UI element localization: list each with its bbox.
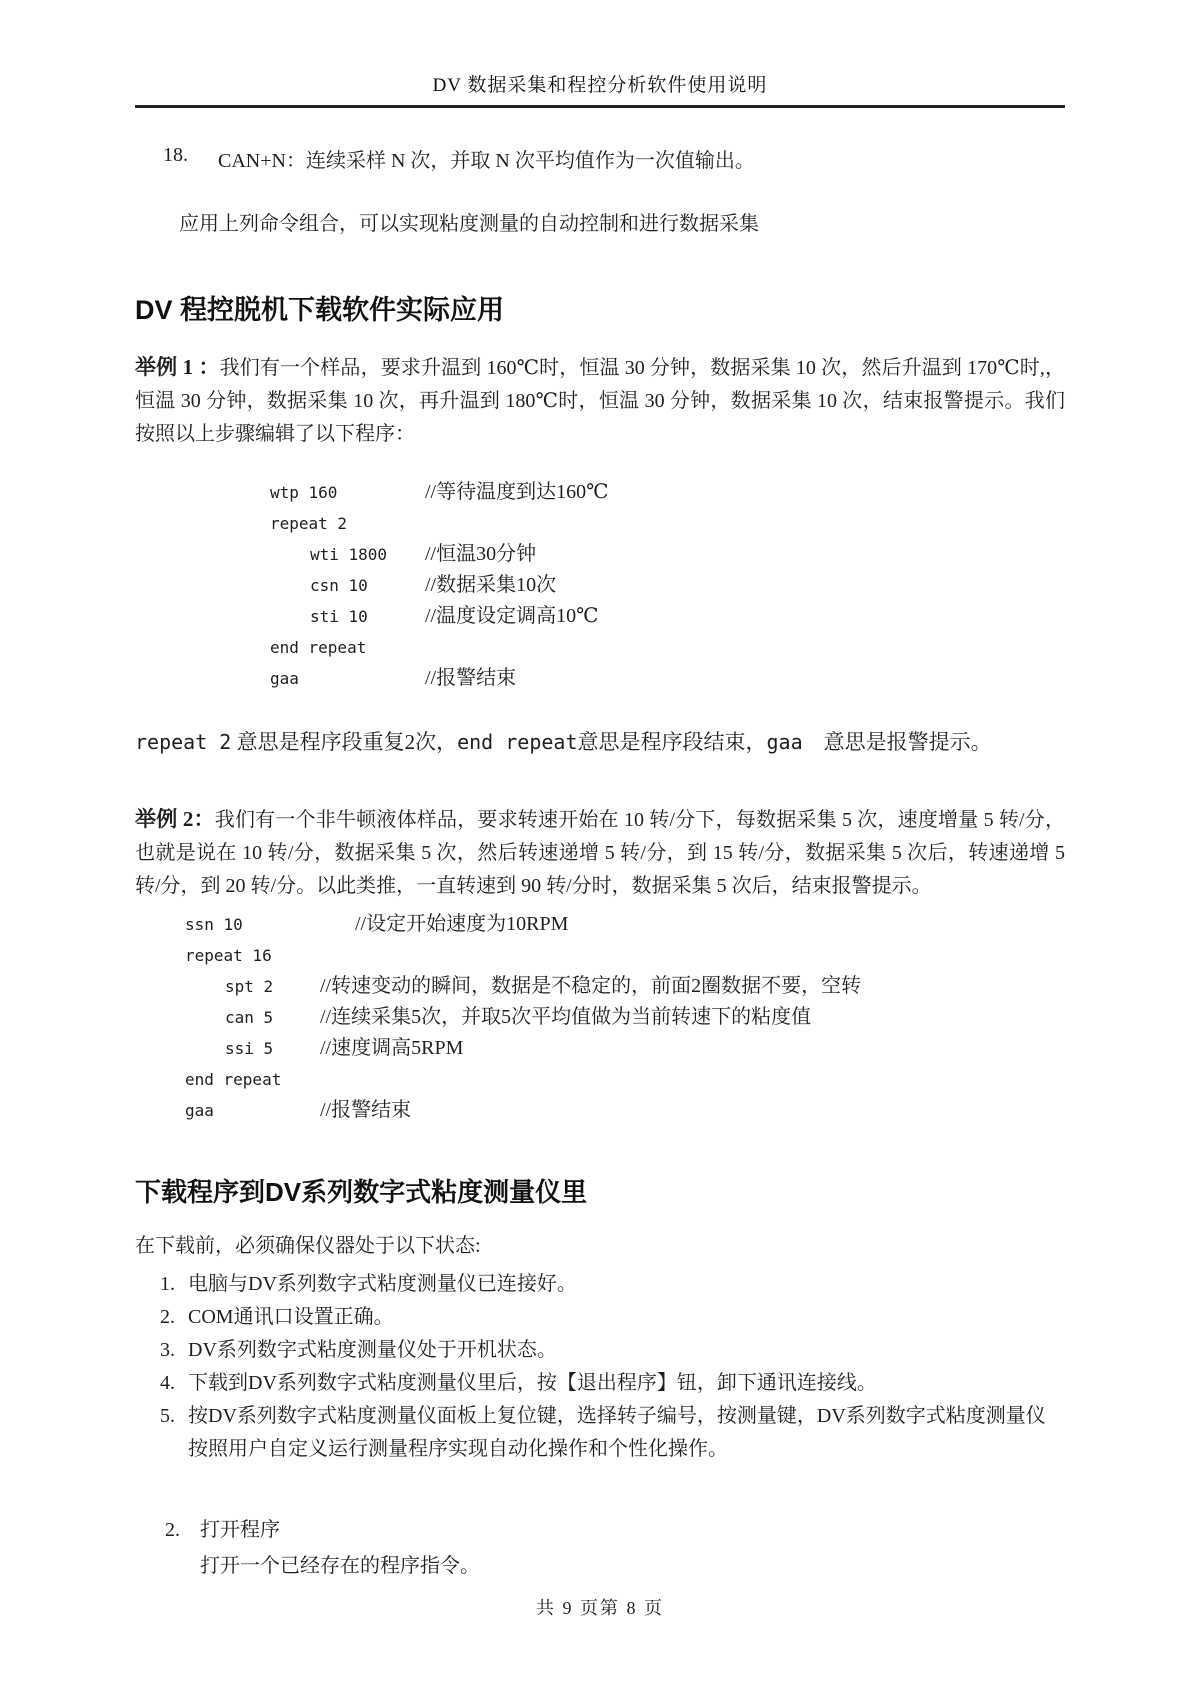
- checklist-text: 按DV系列数字式粘度测量仪面板上复位键，选择转子编号，按测量键，DV系列数字式粘…: [188, 1400, 1065, 1466]
- code-command: repeat 2: [270, 508, 425, 539]
- note-text-1: 意思是程序段重复2次，: [231, 730, 457, 754]
- code-line: spt 2 //转速变动的瞬间，数据是不稳定的，前面2圈数据不要，空转: [185, 971, 1065, 1002]
- doc-header-title: DV 数据采集和程控分析软件使用说明: [135, 70, 1065, 97]
- open-program-text: 打开一个已经存在的程序指令。: [200, 1548, 480, 1584]
- checklist-number: 2.: [160, 1301, 188, 1334]
- section2-heading: 下载程序到DV系列数字式粘度测量仪里: [135, 1172, 1065, 1209]
- code-comment: //速度调高5RPM: [320, 1033, 463, 1064]
- section1-heading: DV 程控脱机下载软件实际应用: [135, 288, 1065, 327]
- checklist-text: 电脑与DV系列数字式粘度测量仪已连接好。: [188, 1268, 1065, 1301]
- example2-label: 举例 2：: [135, 807, 215, 831]
- code-comment: //连续采集5次，并取5次平均值做为当前转速下的粘度值: [320, 1002, 811, 1033]
- note-text-2: 意思是程序段结束，: [578, 730, 767, 754]
- code-line: end repeat: [270, 632, 1065, 663]
- checklist-item: 1. 电脑与DV系列数字式粘度测量仪已连接好。: [135, 1268, 1065, 1301]
- code-line: gaa //报警结束: [270, 663, 1065, 694]
- code-comment: //温度设定调高10℃: [425, 601, 599, 632]
- code-comment: //报警结束: [425, 663, 516, 694]
- checklist-item: 4. 下载到DV系列数字式粘度测量仪里后，按【退出程序】钮，卸下通讯连接线。: [135, 1367, 1065, 1400]
- header-rule: [135, 105, 1065, 108]
- code-command: spt 2: [225, 971, 320, 1002]
- checklist-number: 1.: [160, 1268, 188, 1301]
- code-line: ssi 5 //速度调高5RPM: [185, 1033, 1065, 1064]
- example2-paragraph: 举例 2：我们有一个非牛顿液体样品，要求转速开始在 10 转/分下，每数据采集 …: [135, 803, 1065, 903]
- code-line: repeat 2: [270, 508, 1065, 539]
- code-line: sti 10 //温度设定调高10℃: [270, 601, 1065, 632]
- checklist-number: 4.: [160, 1367, 188, 1400]
- checklist-text: COM通讯口设置正确。: [188, 1301, 1065, 1334]
- code-line: ssn 10 //设定开始速度为10RPM: [185, 909, 1065, 940]
- note-code-endrepeat: end repeat: [457, 730, 577, 754]
- code-comment: //设定开始速度为10RPM: [355, 909, 568, 940]
- example1-label: 举例 1 ：: [135, 355, 220, 379]
- commands-summary-line: 应用上列命令组合，可以实现粘度测量的自动控制和进行数据采集: [135, 207, 1065, 236]
- code-command: end repeat: [270, 632, 425, 663]
- open-program-item: 2. 打开程序 打开一个已经存在的程序指令。: [135, 1512, 1065, 1584]
- code-comment: //等待温度到达160℃: [425, 477, 609, 508]
- document-page: DV 数据采集和程控分析软件使用说明 18. CAN+N：连续采样 N 次，并取…: [135, 0, 1065, 1620]
- example1-text: 我们有一个样品，要求升温到 160℃时，恒温 30 分钟，数据采集 10 次，然…: [135, 357, 1065, 445]
- section2-intro: 在下载前，必须确保仪器处于以下状态:: [135, 1229, 1065, 1258]
- code-command: repeat 16: [185, 940, 320, 971]
- code-line: repeat 16: [185, 940, 1065, 971]
- code-line: can 5 //连续采集5次，并取5次平均值做为当前转速下的粘度值: [185, 1002, 1065, 1033]
- code-command: ssi 5: [225, 1033, 320, 1064]
- precondition-checklist: 1. 电脑与DV系列数字式粘度测量仪已连接好。 2. COM通讯口设置正确。 3…: [135, 1268, 1065, 1466]
- item-number: 18.: [135, 144, 218, 173]
- code-comment: //转速变动的瞬间，数据是不稳定的，前面2圈数据不要，空转: [320, 971, 861, 1002]
- code-command: sti 10: [310, 601, 425, 632]
- example2-text: 我们有一个非牛顿液体样品，要求转速开始在 10 转/分下，每数据采集 5 次，速…: [135, 809, 1065, 897]
- example1-paragraph: 举例 1 ：我们有一个样品，要求升温到 160℃时，恒温 30 分钟，数据采集 …: [135, 351, 1065, 451]
- code-line: csn 10 //数据采集10次: [270, 570, 1065, 601]
- note-code-gaa: gaa: [767, 730, 803, 754]
- checklist-item: 2. COM通讯口设置正确。: [135, 1301, 1065, 1334]
- code-line: end repeat: [185, 1064, 1065, 1095]
- code-command: csn 10: [310, 570, 425, 601]
- code-comment: //报警结束: [320, 1095, 411, 1126]
- code-command: wtp 160: [270, 477, 425, 508]
- code-comment: //恒温30分钟: [425, 539, 536, 570]
- code-line: gaa //报警结束: [185, 1095, 1065, 1126]
- checklist-item: 5. 按DV系列数字式粘度测量仪面板上复位键，选择转子编号，按测量键，DV系列数…: [135, 1400, 1065, 1466]
- code-command: ssn 10: [185, 909, 355, 940]
- note-text-3: 意思是报警提示。: [803, 730, 992, 754]
- program1-note: repeat 2 意思是程序段重复2次，end repeat意思是程序段结束，g…: [135, 720, 1065, 765]
- program-listing-2: ssn 10 //设定开始速度为10RPM repeat 16 spt 2 //…: [185, 909, 1065, 1126]
- code-command: gaa: [185, 1095, 320, 1126]
- item-text: CAN+N：连续采样 N 次，并取 N 次平均值作为一次值输出。: [218, 144, 755, 173]
- code-command: wti 1800: [310, 539, 425, 570]
- note-code-repeat2: repeat 2: [135, 730, 231, 754]
- code-command: gaa: [270, 663, 425, 694]
- open-program-number: 2.: [165, 1512, 200, 1584]
- code-command: can 5: [225, 1002, 320, 1033]
- open-program-title: 打开程序: [200, 1512, 480, 1548]
- open-program-body: 打开程序 打开一个已经存在的程序指令。: [200, 1512, 480, 1584]
- command-item-18: 18. CAN+N：连续采样 N 次，并取 N 次平均值作为一次值输出。: [135, 144, 1065, 173]
- checklist-number: 5.: [160, 1400, 188, 1466]
- checklist-text: 下载到DV系列数字式粘度测量仪里后，按【退出程序】钮，卸下通讯连接线。: [188, 1367, 1065, 1400]
- program-listing-1: wtp 160 //等待温度到达160℃ repeat 2 wti 1800 /…: [270, 477, 1065, 694]
- checklist-text: DV系列数字式粘度测量仪处于开机状态。: [188, 1334, 1065, 1367]
- code-line: wtp 160 //等待温度到达160℃: [270, 477, 1065, 508]
- page-footer: 共 9 页第 8 页: [135, 1594, 1065, 1620]
- checklist-number: 3.: [160, 1334, 188, 1367]
- code-comment: //数据采集10次: [425, 570, 556, 601]
- code-line: wti 1800 //恒温30分钟: [270, 539, 1065, 570]
- code-command: end repeat: [185, 1064, 320, 1095]
- checklist-item: 3. DV系列数字式粘度测量仪处于开机状态。: [135, 1334, 1065, 1367]
